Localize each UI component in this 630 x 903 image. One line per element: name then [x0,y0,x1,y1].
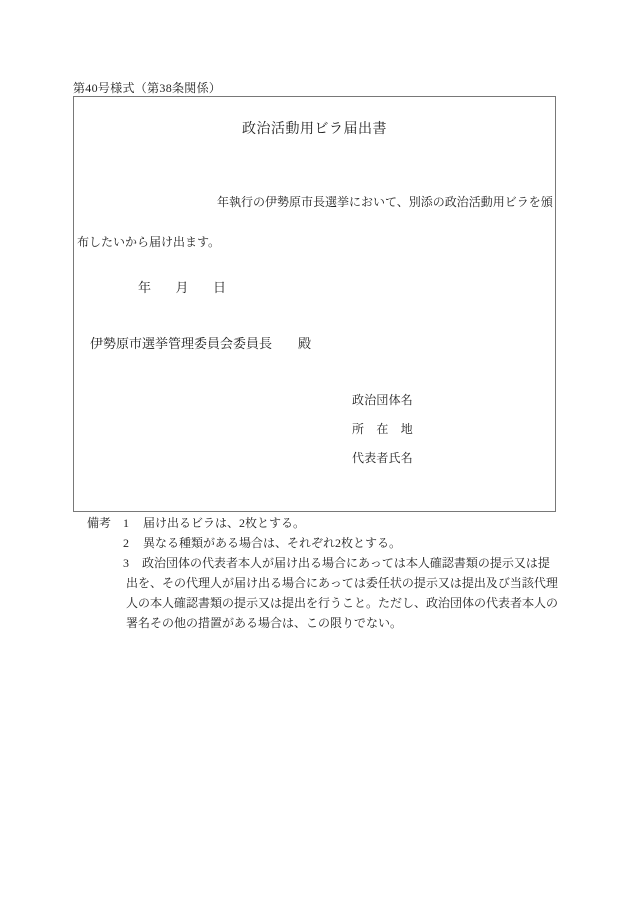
honorific-label: 殿 [298,336,311,351]
remark-item-2-number: 2 [123,533,129,553]
addressee-line: 伊勢原市選挙管理委員会委員長殿 [90,333,311,352]
field-label-political-org-name: 政治団体名 [352,391,413,408]
remark-item-1-text: 届け出るビラは、2枚とする。 [143,513,305,533]
date-line: 年 月 日 [138,277,226,296]
remark-item-3-text: 政治団体の代表者本人が届け出る場合にあっては本人確認書類の提示又は提出を、その代… [126,553,560,633]
remark-item-2-text: 異なる種類がある場合は、それぞれ2枚とする。 [143,533,401,553]
form-title: 政治活動用ビラ届出書 [73,118,556,138]
addressee-name: 伊勢原市選挙管理委員会委員長 [90,336,272,351]
form-body-text: 年執行の伊勢原市長選挙において、別添の政治活動用ビラを頒布したいから届け出ます。 [77,182,559,262]
field-label-representative-name: 代表者氏名 [352,449,413,466]
remark-item-1-number: 1 [123,513,129,533]
field-label-address: 所 在 地 [352,420,413,437]
form-number-label: 第40号様式（第38条関係） [73,79,221,96]
document-page: 第40号様式（第38条関係） 政治活動用ビラ届出書 年執行の伊勢原市長選挙におい… [0,0,630,903]
remarks-heading: 備考 [87,513,111,533]
form-border-box [73,96,556,512]
